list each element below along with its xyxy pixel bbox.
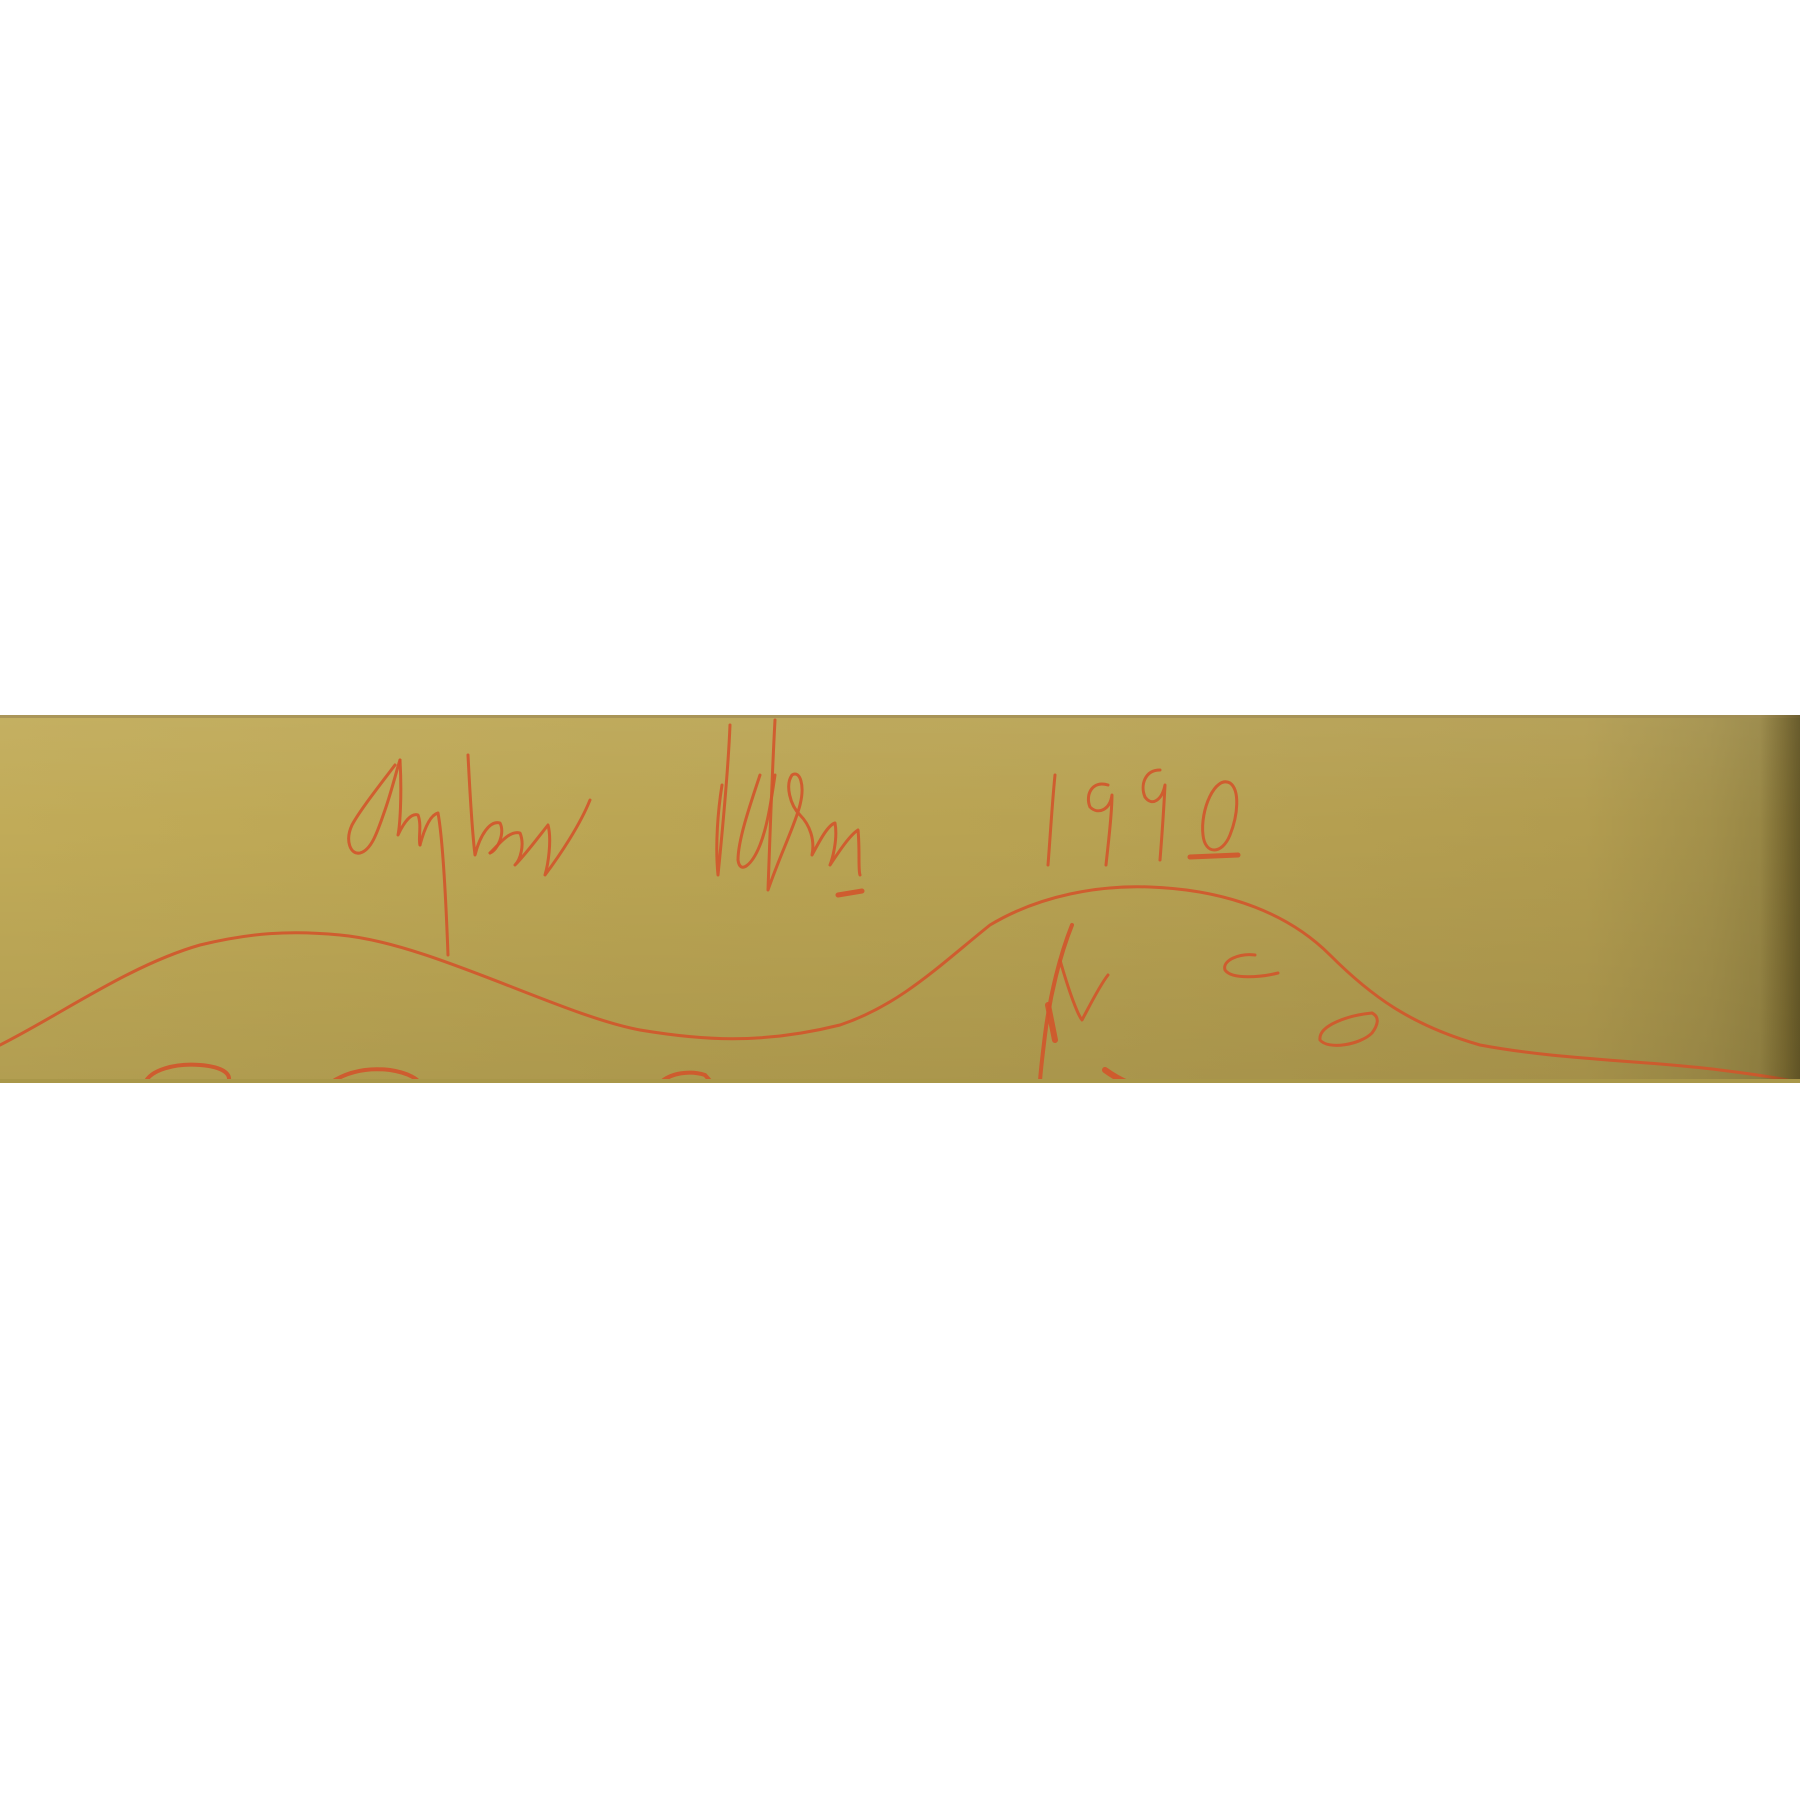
artwork-photo: Shyben Vahrsu 1990 (0, 715, 1800, 1083)
signature-last-name-strokes (717, 720, 862, 895)
signature-drawing (0, 715, 1800, 1083)
paper-bottom-edge (0, 1079, 1800, 1083)
line-drawing-strokes (0, 887, 1800, 1083)
signature-first-name-strokes (349, 755, 590, 955)
frame-shadow (1760, 715, 1800, 1083)
signature-date-strokes (1048, 770, 1238, 865)
